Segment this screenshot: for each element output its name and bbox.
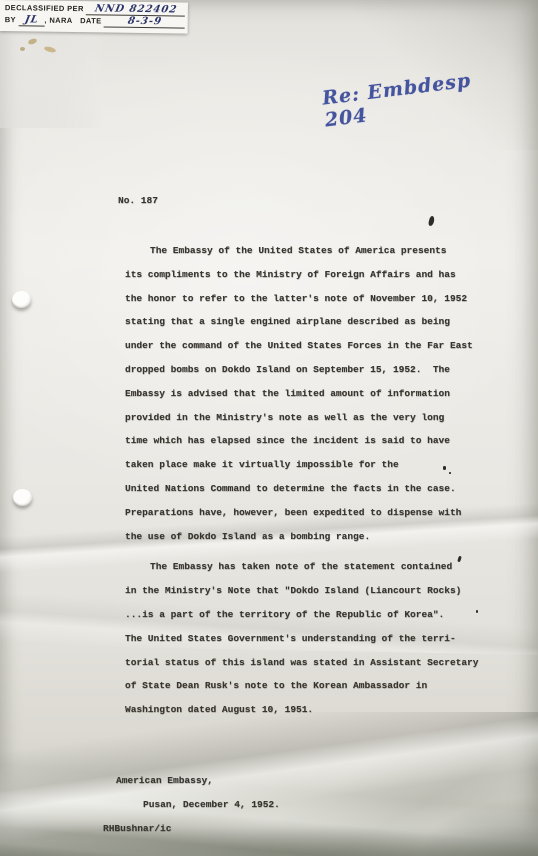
scuff-mark [44,46,57,54]
stamp-date-value: 8-3-9 [126,17,162,27]
typewritten-line: stating that a single engined airplane d… [125,310,520,334]
closing-place-date-line: Pusan, December 4, 1952. [143,793,280,817]
paragraph-1: The Embassy of the United States of Amer… [125,239,520,548]
stamp-line-2: BY JL , NARA DATE 8-3-9 [5,14,185,29]
typewritten-line: provided in the Ministry's note as well … [125,406,520,430]
document-number: No. 187 [118,189,158,213]
handwritten-annotation: Re: Embdesp 204 [321,65,515,132]
typewritten-line: taken place make it virtually impossible… [125,453,520,477]
stamp-date-underline: 8-3-9 [104,16,185,28]
stamp-by-underline: JL [18,15,44,26]
drafter-initials: RHBushnar/ic [103,817,280,841]
closing-embassy-line: American Embassy, [116,769,280,793]
paragraph-2: The Embassy has taken note of the statem… [125,555,520,722]
letter-body: The Embassy of the United States of Amer… [125,239,520,722]
typewritten-line: ...is a part of the territory of the Rep… [125,603,520,627]
scuff-mark [27,38,37,46]
stamp-date-label: DATE [80,15,102,27]
typewritten-line: The Embassy has taken note of the statem… [125,555,520,579]
stamp-nara-label: , NARA [44,15,72,27]
ink-speck [428,216,435,227]
typewritten-line: The United States Government's understan… [125,627,520,651]
typewritten-line: dropped bombs on Dokdo Island on Septemb… [125,358,520,382]
typewritten-line: in the Ministry's Note that "Dokdo Islan… [125,579,520,603]
letter-closing: American Embassy, Pusan, December 4, 195… [103,769,280,840]
scuff-mark [20,47,25,51]
typewritten-line: the use of Dokdo Island as a bombing ran… [125,525,520,549]
typewritten-line: time which has elapsed since the inciden… [125,429,520,453]
typewritten-line: under the command of the United States F… [125,334,520,358]
punch-hole [12,291,31,308]
paper-crease [0,28,260,128]
typewritten-line: Preparations have, however, been expedit… [125,501,520,525]
stamp-by-value: JL [24,15,40,25]
punch-hole [13,489,32,506]
typewritten-line: The Embassy of the United States of Amer… [125,239,520,263]
typewritten-line: its compliments to the Ministry of Forei… [125,263,520,287]
declassification-stamp: DECLASSIFIED PER NND 822402 BY JL , NARA… [0,0,188,34]
typewritten-line: the honor to refer to the latter's note … [125,287,520,311]
typewritten-line: United Nations Command to determine the … [125,477,520,501]
typewritten-line: Embassy is advised that the limited amou… [125,382,520,406]
typewritten-line: Washington dated August 10, 1951. [125,698,520,722]
stamp-by-label: BY [5,14,16,26]
paper-corner-shadow [418,796,538,856]
stamp-declassified-value: NND 822402 [94,4,178,15]
typewritten-line: torial status of this island was stated … [125,651,520,675]
scanned-document-page: DECLASSIFIED PER NND 822402 BY JL , NARA… [0,0,538,856]
stamp-declassified-label: DECLASSIFIED PER [5,2,84,15]
typewritten-line: of State Dean Rusk's note to the Korean … [125,674,520,698]
